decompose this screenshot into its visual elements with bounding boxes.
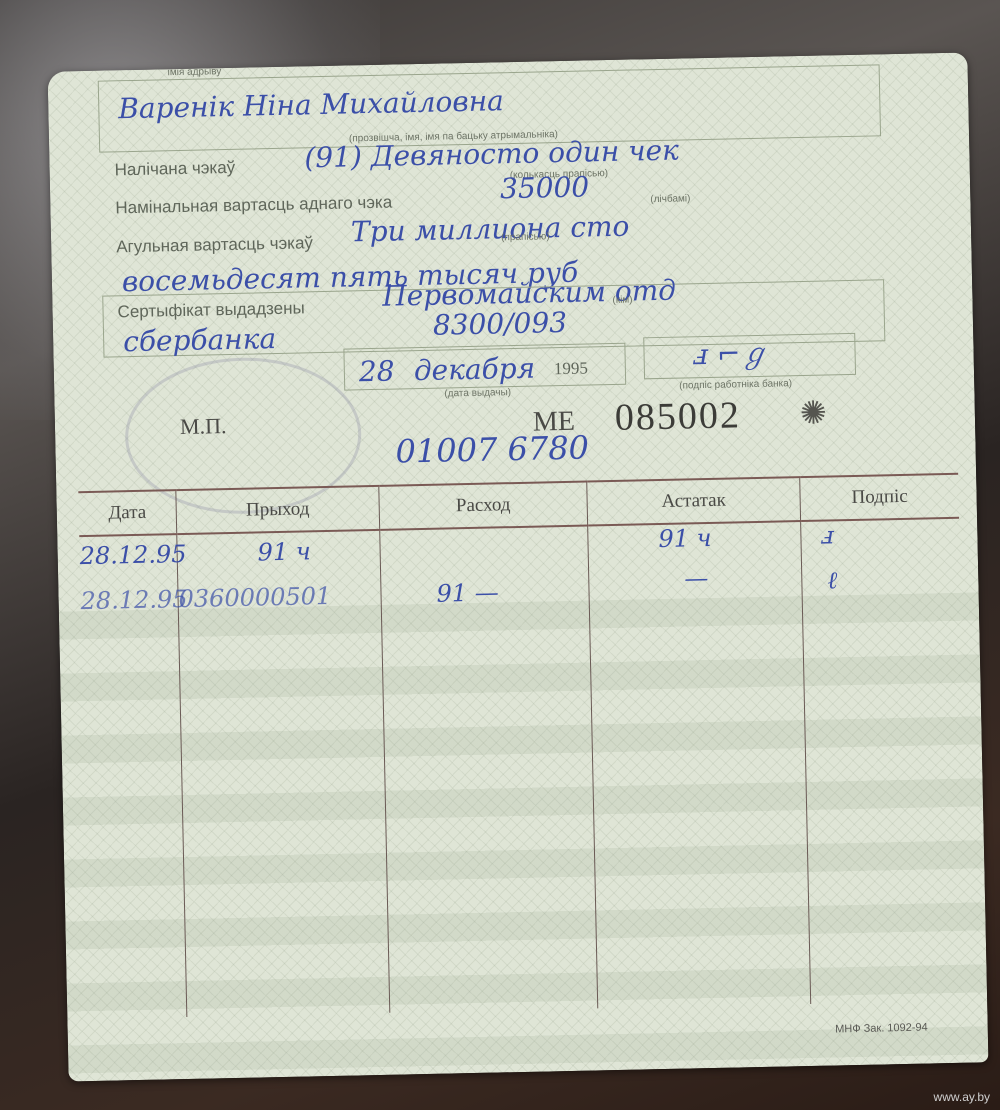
- header-income: Прыход: [176, 486, 380, 534]
- row2-date: 28.12.95: [80, 585, 187, 615]
- nominal-value: 35000: [500, 170, 590, 205]
- total-value-label: Агульная вартасць чэкаў: [116, 233, 313, 257]
- site-watermark: www.ay.by: [934, 1090, 990, 1104]
- bank-signature: ⅎ ⌐ℊ: [693, 332, 769, 374]
- row2-expense: 91 —: [436, 578, 499, 607]
- signature-column: ⅎ ℓ: [801, 518, 970, 1004]
- bank-signature-caption: (подпіс работніка банка): [679, 378, 792, 391]
- row2-signature: ℓ: [827, 566, 838, 595]
- print-code: МНФ Зак. 1092-94: [835, 1022, 928, 1036]
- header-date: Дата: [78, 490, 176, 536]
- privatization-cheque-certificate: імія адрыву Варенік Ніна Михайловна (про…: [48, 52, 989, 1081]
- ledger-table: Дата Прыход Расход Астатак Подпіс 28.12.…: [78, 473, 969, 1019]
- issued-by-label: Сертыфікат выдадзены: [117, 298, 305, 322]
- issue-month: декабря: [414, 352, 536, 388]
- header-expense: Расход: [379, 482, 588, 530]
- expense-column: 91 —: [380, 526, 598, 1013]
- issue-year: 1995: [554, 358, 588, 379]
- serial-number: 085002: [614, 393, 741, 440]
- header-signature: Подпіс: [800, 474, 959, 521]
- date-column: 28.12.95 28.12.95: [79, 534, 187, 1019]
- row1-date: 28.12.95: [79, 540, 186, 570]
- income-column: 91 ч 0360000501: [177, 530, 390, 1017]
- issuer-number: 8300/093: [433, 306, 568, 342]
- row2-income: 0360000501: [178, 582, 331, 613]
- issued-by-line2: сбербанка: [123, 322, 277, 358]
- stamp-place-label: М.П.: [180, 413, 227, 440]
- row1-income: 91 ч: [257, 537, 311, 566]
- header-balance: Астатак: [587, 477, 801, 525]
- cheque-count-label: Налічана чэкаў: [114, 158, 235, 181]
- issue-day: 28: [359, 355, 395, 389]
- row2-balance: —: [684, 564, 709, 592]
- issue-date-caption: (дата выдачы): [444, 387, 511, 399]
- nominal-value-caption: (лічбамі): [650, 193, 690, 205]
- row1-balance: 91 ч: [658, 524, 712, 553]
- total-value-caption: (прапісью): [501, 231, 550, 243]
- ornament-icon: ✺: [799, 394, 827, 433]
- account-number: 01007 6780: [395, 428, 589, 470]
- cheque-count-value: (91) Девяносто один чек: [304, 134, 679, 175]
- balance-column: 91 ч —: [588, 521, 811, 1008]
- issued-by-caption: (кім): [612, 295, 632, 306]
- total-value-line1: Три миллиона сто: [351, 210, 630, 249]
- row1-signature: ⅎ: [821, 521, 834, 549]
